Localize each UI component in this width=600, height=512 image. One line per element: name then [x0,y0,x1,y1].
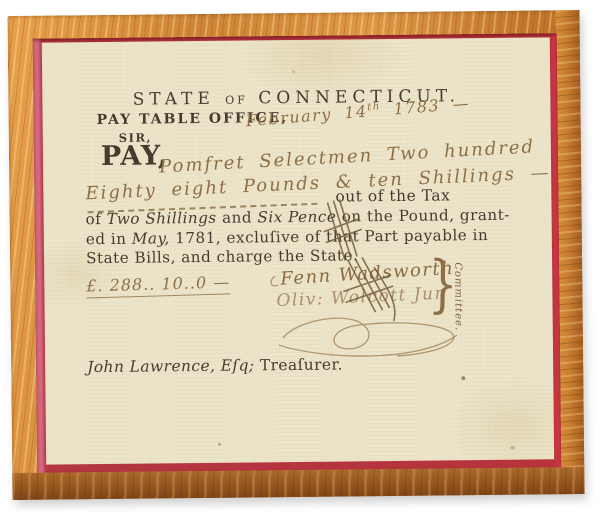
title-state: STATE [133,89,215,110]
body-l1c: and [217,208,258,226]
body-line1: of Two Shillings and Six Pence on the Po… [86,206,510,228]
body-l1e: on the Pound, grant- [336,206,510,226]
handwritten-amount: £. 288.. 10..0 — [86,272,231,298]
paper-speck [510,446,515,450]
title-of: OF [225,93,248,106]
document-paper: STATE OF CONNECTICUT. PAY TABLE OFFICE, … [42,37,554,464]
treasurer-line: John Lawrence, Eſq; Treaſurer. [87,356,343,377]
body-l1b: Two Shillings [107,209,217,228]
out-of-tax-text: out of the Tax [335,186,450,205]
body-l2b: May, [132,229,170,247]
paper-speck [292,70,295,73]
date-superscript: th [367,101,381,113]
body-l2c: 1781, excluſive of that Part payable in [170,226,489,247]
body-l2a: ed in [86,230,132,248]
body-line3: State Bills, and charge the State. [86,246,359,267]
paper-speck [218,443,221,446]
body-l1a: of [86,210,107,228]
treasurer-name: John Lawrence, Eſq; [87,356,254,376]
body-line2: ed in May, 1781, excluſive of that Part … [86,226,489,248]
picture-frame: STATE OF CONNECTICUT. PAY TABLE OFFICE, … [7,10,584,500]
photo-background: STATE OF CONNECTICUT. PAY TABLE OFFICE, … [0,0,600,512]
treasurer-title: Treaſurer. [254,356,343,375]
mat-border: STATE OF CONNECTICUT. PAY TABLE OFFICE, … [33,33,562,472]
committee-label: Committee. [452,262,464,331]
paper-speck [461,376,465,380]
body-l1d: Six Pence [257,208,336,227]
